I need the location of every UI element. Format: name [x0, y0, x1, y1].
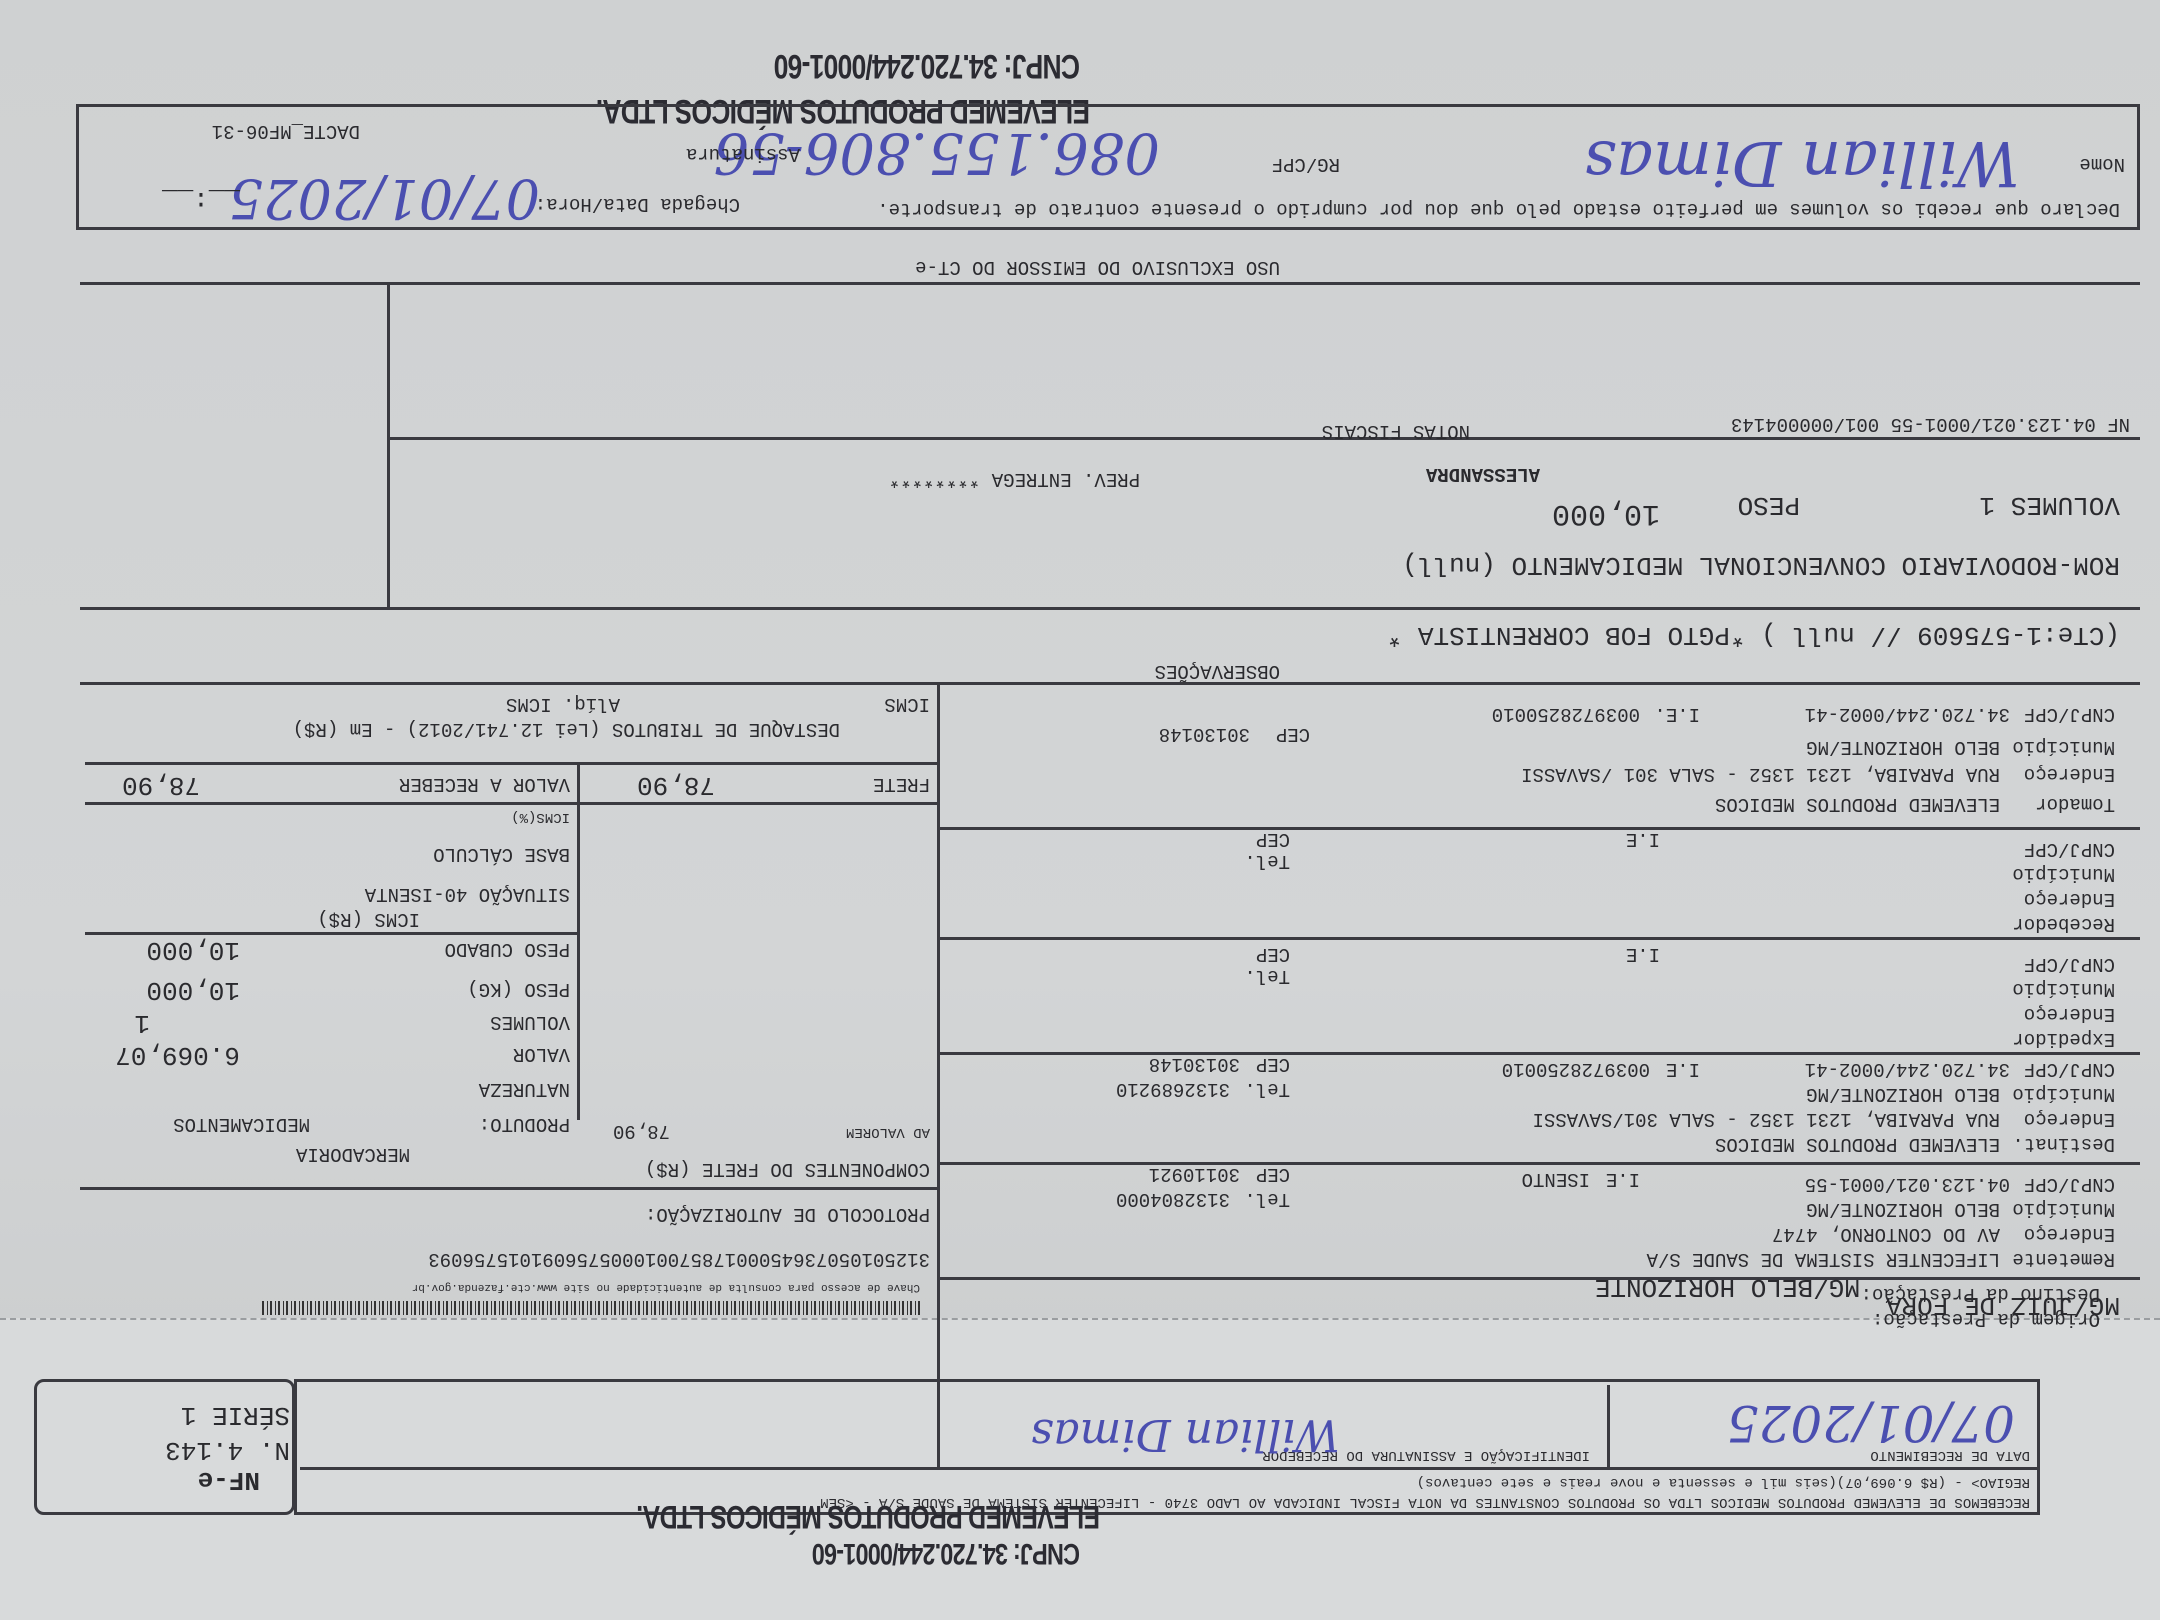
divider: [577, 805, 580, 1120]
dest-endereco: RUA PARAIBA, 1231 1352 - SALA 301/SAVASS…: [1533, 1108, 2000, 1130]
divider: [300, 1467, 2040, 1470]
frete-value: 78,90: [637, 770, 715, 800]
icms-title: ICMS: [884, 693, 930, 715]
ad-valorem-label: AD VALOREM: [846, 1124, 930, 1140]
dest-cep-label: CEP: [1256, 1053, 1290, 1075]
dest-name: ELEVEMED PRODUTOS MEDICOS: [1715, 1133, 2000, 1155]
arrival-date: 07/01/2025: [229, 167, 540, 230]
divider: [85, 802, 940, 805]
signature-label: Assinatura: [686, 143, 800, 165]
dest-municipio-label: Município: [2012, 1083, 2115, 1105]
origem-value: MG/JUIZ DE FORA: [1886, 1290, 2120, 1320]
prev-entrega-value: ********: [889, 468, 980, 490]
produto-label: PRODUTO:: [479, 1113, 570, 1135]
rem-cep: 30110921: [1149, 1163, 1240, 1185]
expedidor-municipio-label: Município: [2012, 978, 2115, 1000]
dest-tel: 3132689210: [1116, 1078, 1230, 1100]
form-code: DACTE_MF06-31: [212, 120, 360, 142]
divider: [387, 285, 390, 610]
dest-cnpj: 34.720.244/0002-41: [1805, 1058, 2010, 1080]
mercadoria-title: MERCADORIA: [296, 1143, 410, 1165]
expedidor-cnpj-label: CNPJ/CPF: [2024, 953, 2115, 975]
receiver-signature: Willian Dimas: [1031, 1409, 1340, 1460]
divider: [940, 1052, 2140, 1055]
document-photo: ELEVEMED PRODUTOS MÉDICOS LTDA. CNPJ: 34…: [0, 0, 2160, 1620]
rem-label: Remetente: [2012, 1248, 2115, 1270]
dest-cnpj-label: CNPJ/CPF: [2024, 1058, 2115, 1080]
peso-kg-value: 10,000: [146, 975, 240, 1005]
recebedor-label: Recebedor: [2012, 913, 2115, 935]
tomador-cep-label: CEP: [1276, 723, 1310, 745]
recebedor-municipio-label: Município: [2012, 863, 2115, 885]
observacoes-line1: ROM-RODOVIARIO CONVENCIONAL MEDICAMENTO …: [1402, 550, 2120, 580]
data-recebimento-value: 07/01/2025: [1727, 1394, 2015, 1452]
natureza-label: NATUREZA: [479, 1078, 570, 1100]
chave-value: 3125010507364500017857001000575609101575…: [428, 1248, 930, 1270]
nfe-badge-number: N. 4.143: [165, 1435, 290, 1465]
rem-ie: ISENTO: [1522, 1168, 1590, 1190]
expedidor-cep-label: CEP: [1256, 943, 1290, 965]
volumes-value: 1: [1979, 490, 1995, 520]
recebedor-tel-label: Tel.: [1244, 850, 1290, 872]
expedidor-ie-label: I.E: [1626, 943, 1660, 965]
stamp-company-top: ELEVEMED PRODUTOS MÉDICOS LTDA.: [637, 1498, 1100, 1535]
rem-tel: 3132804000: [1116, 1188, 1230, 1210]
notas-fiscais-title: NOTAS FISCAIS: [1322, 420, 1470, 442]
aliq-icms-label: Alíq. ICMS: [506, 693, 620, 715]
canhoto-declaration: Declaro que recebi os volumes em perfeit…: [877, 198, 2120, 220]
recebedor-cnpj-label: CNPJ/CPF: [2024, 838, 2115, 860]
emitter-use-title: USO EXCLUSIVO DO EMISSOR DO CT-e: [915, 256, 1280, 278]
destino-value: MG/BELO HORIZONTE: [1595, 1272, 1860, 1302]
icms-pct-label: ICMS(%): [511, 809, 570, 825]
tomador-ie-label: I.E.: [1654, 703, 1700, 725]
dest-tel-label: Tel.: [1244, 1078, 1290, 1100]
divider: [85, 762, 940, 765]
tomador-endereco-label: Endereço: [2024, 763, 2115, 785]
prev-entrega-label: PREV. ENTREGA: [992, 468, 1140, 490]
recebedor-cep-label: CEP: [1256, 828, 1290, 850]
divider: [940, 1277, 2140, 1280]
rem-endereco: AV DO CONTORNO, 4747: [1772, 1223, 2000, 1245]
volumes-merc-label: VOLUMES: [490, 1011, 570, 1033]
peso-value: 10,000: [1552, 496, 1660, 530]
peso-label: PESO: [1738, 490, 1800, 520]
divider: [390, 437, 2140, 440]
divider: [940, 1162, 2140, 1165]
rem-endereco-label: Endereço: [2024, 1223, 2115, 1245]
dest-label: Destinat.: [2012, 1133, 2115, 1155]
tomador-cep: 30130148: [1159, 723, 1250, 745]
divider: [1607, 1385, 1610, 1470]
base-calculo-label: BASE CÁLCULO: [433, 843, 570, 865]
rem-name: LIFECENTER SISTEMA DE SAUDE S/A: [1647, 1248, 2000, 1270]
nfe-receipt-line2: REGIAO> - (R$ 6.069,07)(seis mil e sesse…: [1417, 1474, 2030, 1490]
peso-kg-label: PESO (KG): [467, 978, 570, 1000]
ad-valorem-value: 78,90: [613, 1120, 670, 1142]
observacoes-line2: (CTe:1-575609 // null ) *PGTO FOB CORREN…: [1387, 620, 2120, 650]
dest-cep: 30130148: [1149, 1053, 1240, 1075]
tomador-cnpj-label: CNPJ/CPF: [2024, 703, 2115, 725]
divider: [577, 765, 580, 805]
tomador-name: ELEVEMED PRODUTOS MEDICOS: [1715, 793, 2000, 815]
tomador-municipio-label: Município: [2012, 736, 2115, 758]
stamp-cnpj-bottom: CNPJ: 34.720.244/0001-60: [774, 46, 1080, 85]
divider: [940, 827, 2140, 830]
valor-receber-value: 78,90: [122, 770, 200, 800]
divider: [80, 607, 2140, 610]
expedidor-tel-label: Tel.: [1244, 965, 1290, 987]
valor-merc-value: 6.069,07: [115, 1040, 240, 1070]
recebedor-endereco-label: Endereço: [2024, 888, 2115, 910]
produto-value: MEDICAMENTOS: [173, 1113, 310, 1135]
rem-cnpj: 04.123.021/0001-55: [1805, 1173, 2010, 1195]
rem-tel-label: Tel.: [1244, 1188, 1290, 1210]
nf-item: NF 04.123.021/0001-55 001/000004143: [1731, 413, 2130, 435]
nfe-badge-serie: SÉRIE 1: [181, 1400, 290, 1430]
arrival-label: Chegada Data/Hora:: [535, 193, 740, 215]
tomador-endereco: RUA PARAIBA, 1231 1352 - SALA 301 /SAVAS…: [1521, 763, 2000, 785]
dest-municipio: BELO HORIZONTE/MG: [1806, 1083, 2000, 1105]
protocolo-label: PROTOCOLO DE AUTORIZAÇÃO:: [645, 1203, 930, 1225]
tomador-cnpj: 34.720.244/0002-41: [1805, 703, 2010, 725]
recebedor-ie-label: I.E: [1626, 828, 1660, 850]
rg-cpf-label: RG/CPF: [1272, 153, 1340, 175]
dest-endereco-label: Endereço: [2024, 1108, 2115, 1130]
valor-merc-label: VALOR: [513, 1043, 570, 1065]
componentes-label: COMPONENTES DO FRETE (R$): [645, 1158, 930, 1180]
contact-name: ALESSANDRA: [1426, 463, 1540, 485]
volumes-merc-value: 1: [134, 1008, 150, 1038]
stamp-cnpj-top: CNPJ: 34.720.244/0001-60: [813, 1536, 1080, 1570]
expedidor-endereco-label: Endereço: [2024, 1003, 2115, 1025]
volumes-label: VOLUMES: [2011, 490, 2120, 520]
divider: [80, 682, 2140, 685]
rem-municipio-label: Município: [2012, 1198, 2115, 1220]
icms-rs-label: ICMS (R$): [317, 908, 420, 930]
destaque-tributos: DESTAQUE DE TRIBUTOS (Lei 12.741/2012) -…: [293, 718, 840, 740]
divider: [80, 1187, 940, 1190]
frete-label: FRETE: [873, 773, 930, 795]
nfe-badge-title: NF-e: [198, 1465, 260, 1495]
rem-ie-label: I.E: [1606, 1168, 1640, 1190]
peso-cubado-label: PESO CUBADO: [445, 938, 570, 960]
arrival-time-blank: __:__: [162, 185, 240, 215]
situacao-icms: SITUAÇÃO 40-ISENTA: [365, 883, 570, 905]
tomador-ie: 0039728250010: [1492, 703, 1640, 725]
rem-cep-label: CEP: [1256, 1163, 1290, 1185]
expedidor-label: Expedidor: [2012, 1028, 2115, 1050]
rem-cnpj-label: CNPJ/CPF: [2024, 1173, 2115, 1195]
valor-receber-label: VALOR A RECEBER: [399, 773, 570, 795]
signer-handwriting: Willian Dimas: [1584, 127, 2020, 200]
divider: [940, 937, 2140, 940]
name-label: Nome: [2079, 153, 2125, 175]
chave-label: Chave de acesso para consulta de autenti…: [412, 1281, 920, 1293]
dest-ie: 0039728250010: [1502, 1058, 1650, 1080]
rem-municipio: BELO HORIZONTE/MG: [1806, 1198, 2000, 1220]
tomador-label: Tomador: [2035, 793, 2115, 815]
peso-cubado-value: 10,000: [146, 935, 240, 965]
barcode: [260, 1301, 920, 1315]
tomador-municipio: BELO HORIZONTE/MG: [1806, 736, 2000, 758]
dest-ie-label: I.E: [1666, 1058, 1700, 1080]
observacoes-title: OBSERVAÇÕES: [1155, 660, 1280, 682]
